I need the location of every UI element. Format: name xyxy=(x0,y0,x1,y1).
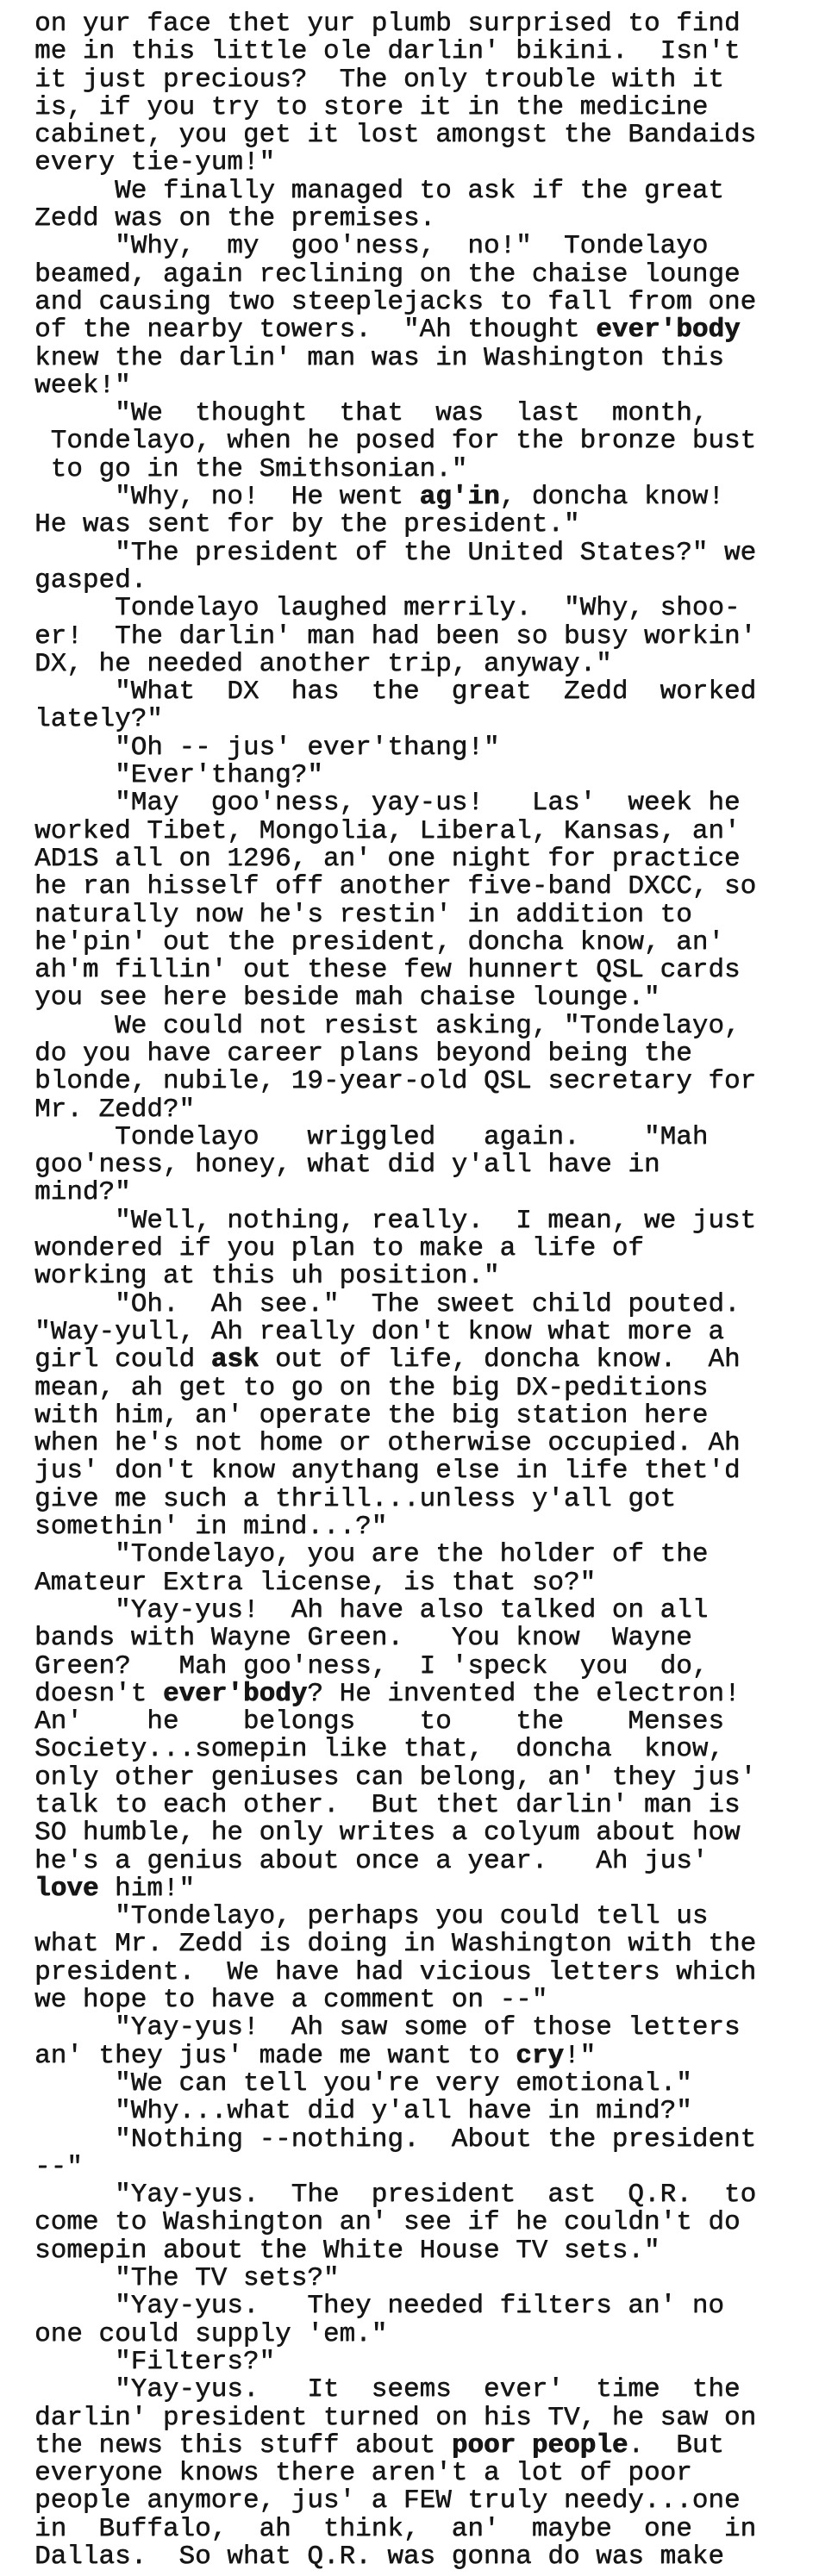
text-line: ah'm fillin' out these few hunnert QSL c… xyxy=(34,957,802,984)
text-line: somethin' in mind...?" xyxy=(34,1513,802,1541)
text-line: somepin about the White House TV sets." xyxy=(34,2237,802,2265)
emphasized-text: poor people xyxy=(452,2430,628,2461)
text-segment: --" xyxy=(34,2152,83,2182)
text-segment: president. We have had vicious letters w… xyxy=(34,1957,756,1987)
text-segment: "Yay-yus! Ah saw some of those letters xyxy=(34,2012,741,2043)
text-segment: "Way-yull, Ah really don't know what mor… xyxy=(34,1317,724,1347)
text-segment: an' they jus' made me want to xyxy=(34,2041,516,2071)
text-segment: "Why...what did y'all have in mind?" xyxy=(34,2096,692,2126)
text-line: in Buffalo, ah think, an' maybe one in xyxy=(34,2516,802,2543)
text-segment: every tie-yum!" xyxy=(34,147,275,178)
text-line: "Why, my goo'ness, no!" Tondelayo xyxy=(34,233,802,260)
text-line: "Why...what did y'all have in mind?" xyxy=(34,2098,802,2125)
text-segment: "Ever'thang?" xyxy=(34,760,323,790)
text-line: "We can tell you're very emotional." xyxy=(34,2070,802,2098)
text-line: to go in the Smithsonian." xyxy=(34,456,802,483)
text-line: An' he belongs to the Menses xyxy=(34,1708,802,1736)
text-line: "Tondelayo, you are the holder of the xyxy=(34,1541,802,1569)
text-segment: mind?" xyxy=(34,1177,131,1207)
text-line: "May goo'ness, yay-us! Las' week he xyxy=(34,789,802,817)
text-segment: "Yay-yus. It seems ever' time the xyxy=(34,2374,741,2404)
text-line: DX, he needed another trip, anyway." xyxy=(34,651,802,678)
text-line: We could not resist asking, "Tondelayo, xyxy=(34,1013,802,1040)
text-segment: , doncha know! xyxy=(500,482,724,512)
text-segment: "The president of the United States?" we xyxy=(34,538,756,568)
text-segment: he ran hisself off another five-band DXC… xyxy=(34,871,756,901)
text-line: "Yay-yus. They needed filters an' no xyxy=(34,2292,802,2320)
text-line: wondered if you plan to make a life of xyxy=(34,1235,802,1263)
text-segment: "Nothing --nothing. About the president xyxy=(34,2124,756,2155)
text-line: worked Tibet, Mongolia, Liberal, Kansas,… xyxy=(34,818,802,845)
text-line: "Yay-yus! Ah saw some of those letters xyxy=(34,2014,802,2042)
text-segment: you see here beside mah chaise lounge." xyxy=(34,982,660,1013)
text-segment: !" xyxy=(564,2041,596,2071)
text-line: mean, ah get to go on the big DX-peditio… xyxy=(34,1375,802,1402)
text-segment: ? He invented the electron! xyxy=(307,1679,740,1709)
text-line: Zedd was on the premises. xyxy=(34,205,802,233)
text-segment: We finally managed to ask if the great xyxy=(34,176,724,206)
text-segment: lately?" xyxy=(34,704,163,734)
text-segment: jus' don't know anythang else in life th… xyxy=(34,1456,741,1486)
text-segment: do you have career plans beyond being th… xyxy=(34,1039,692,1069)
text-line: week!" xyxy=(34,372,802,400)
text-line: "Filters?" xyxy=(34,2348,802,2376)
text-line: mind?" xyxy=(34,1179,802,1207)
text-segment: "Why, no! He went xyxy=(34,482,419,512)
text-segment: of the nearby towers. "Ah thought xyxy=(34,315,596,345)
text-segment: "What DX has the great Zedd worked xyxy=(34,677,756,707)
text-line: when he's not home or otherwise occupied… xyxy=(34,1430,802,1457)
text-line: is, if you try to store it in the medici… xyxy=(34,94,802,122)
text-segment: ah'm fillin' out these few hunnert QSL c… xyxy=(34,955,741,985)
text-line: "Tondelayo, perhaps you could tell us xyxy=(34,1903,802,1930)
text-segment: "Oh. Ah see." The sweet child pouted. xyxy=(34,1289,741,1319)
text-segment: and causing two steeplejacks to fall fro… xyxy=(34,287,756,317)
text-segment: "Yay-yus. The president ast Q.R. to xyxy=(34,2180,756,2210)
text-line: goo'ness, honey, what did y'all have in xyxy=(34,1151,802,1179)
text-segment: He was sent for by the president." xyxy=(34,509,580,540)
text-line: Dallas. So what Q.R. was gonna do was ma… xyxy=(34,2543,802,2571)
text-segment: Tondelayo, when he posed for the bronze … xyxy=(34,426,756,456)
text-line: Mr. Zedd?" xyxy=(34,1096,802,1124)
text-line: come to Washington an' see if he couldn'… xyxy=(34,2209,802,2236)
document-page: on yur face thet yur plumb surprised to … xyxy=(0,0,819,2576)
text-segment: we hope to have a comment on --" xyxy=(34,1985,547,2015)
text-segment: it just precious? The only trouble with … xyxy=(34,65,724,95)
text-line: beamed, again reclining on the chaise lo… xyxy=(34,261,802,289)
text-segment: in Buffalo, ah think, an' maybe one in xyxy=(34,2514,756,2544)
text-segment: naturally now he's restin' in addition t… xyxy=(34,900,692,930)
text-segment: AD1S all on 1296, an' one night for prac… xyxy=(34,844,741,874)
text-line: "The president of the United States?" we xyxy=(34,540,802,567)
emphasized-text: ag'in xyxy=(419,482,499,512)
text-line: you see here beside mah chaise lounge." xyxy=(34,984,802,1012)
text-line: people anymore, jus' a FEW truly needy..… xyxy=(34,2487,802,2515)
text-line: cabinet, you get it lost amongst the Ban… xyxy=(34,122,802,149)
text-line: what Mr. Zedd is doing in Washington wit… xyxy=(34,1930,802,1958)
text-line: girl could ask out of life, doncha know.… xyxy=(34,1346,802,1374)
text-line: and causing two steeplejacks to fall fro… xyxy=(34,289,802,316)
text-segment: er! The darlin' man had been so busy wor… xyxy=(34,621,756,652)
text-line: Tondelayo, when he posed for the bronze … xyxy=(34,427,802,455)
text-line: --" xyxy=(34,2154,802,2181)
text-segment: with him, an' operate the big station he… xyxy=(34,1400,708,1431)
text-segment: give me such a thrill...unless y'all got xyxy=(34,1484,676,1514)
text-segment: Amateur Extra license, is that so?" xyxy=(34,1568,596,1598)
text-segment: Tondelayo wriggled again. "Mah xyxy=(34,1122,708,1152)
text-line: naturally now he's restin' in addition t… xyxy=(34,901,802,929)
text-segment: Mr. Zedd?" xyxy=(34,1095,195,1125)
text-segment: only other geniuses can belong, an' they… xyxy=(34,1762,756,1793)
text-segment: to go in the Smithsonian." xyxy=(34,454,467,484)
text-line: "Yay-yus. It seems ever' time the xyxy=(34,2376,802,2404)
text-segment: bands with Wayne Green. You know Wayne xyxy=(34,1623,692,1653)
text-line: the news this stuff about poor people. B… xyxy=(34,2432,802,2460)
text-segment: goo'ness, honey, what did y'all have in xyxy=(34,1150,660,1180)
text-segment: me in this little ole darlin' bikini. Is… xyxy=(34,36,741,66)
text-line: knew the darlin' man was in Washington t… xyxy=(34,345,802,372)
text-segment: "We thought that was last month, xyxy=(34,398,708,428)
text-line: Tondelayo wriggled again. "Mah xyxy=(34,1124,802,1151)
text-segment: girl could xyxy=(34,1344,211,1375)
text-segment: knew the darlin' man was in Washington t… xyxy=(34,343,724,373)
text-segment: "May goo'ness, yay-us! Las' week he xyxy=(34,788,741,818)
text-line: working at this uh position." xyxy=(34,1263,802,1290)
text-line: give me such a thrill...unless y'all got xyxy=(34,1486,802,1513)
text-segment: out of life, doncha know. Ah xyxy=(259,1344,740,1375)
text-line: bands with Wayne Green. You know Wayne xyxy=(34,1625,802,1652)
text-line: we hope to have a comment on --" xyxy=(34,1987,802,2014)
text-line: lately?" xyxy=(34,706,802,733)
text-segment: come to Washington an' see if he couldn'… xyxy=(34,2207,741,2237)
text-segment: blonde, nubile, 19-year-old QSL secretar… xyxy=(34,1066,756,1096)
text-segment: "The TV sets?" xyxy=(34,2263,339,2293)
text-line: Green? Mah goo'ness, I 'speck you do, xyxy=(34,1653,802,1681)
text-segment: him!" xyxy=(98,1874,195,1904)
text-segment: gasped. xyxy=(34,565,147,596)
text-line: he's a genius about once a year. Ah jus' xyxy=(34,1848,802,1875)
emphasized-text: ever'body xyxy=(596,315,740,345)
text-line: blonde, nubile, 19-year-old QSL secretar… xyxy=(34,1068,802,1095)
text-segment: Green? Mah goo'ness, I 'speck you do, xyxy=(34,1651,708,1681)
text-line: SO humble, he only writes a colyum about… xyxy=(34,1819,802,1847)
text-segment: talk to each other. But thet darlin' man… xyxy=(34,1790,741,1820)
text-segment: "We can tell you're very emotional." xyxy=(34,2068,692,2099)
emphasized-text: cry xyxy=(516,2041,564,2071)
text-segment: mean, ah get to go on the big DX-peditio… xyxy=(34,1373,708,1403)
text-segment: people anymore, jus' a FEW truly needy..… xyxy=(34,2486,741,2516)
text-segment: "Yay-yus! Ah have also talked on all xyxy=(34,1595,708,1625)
text-line: love him!" xyxy=(34,1875,802,1903)
text-segment: is, if you try to store it in the medici… xyxy=(34,92,708,122)
text-segment: "Filters?" xyxy=(34,2347,275,2377)
text-segment: wondered if you plan to make a life of xyxy=(34,1233,644,1263)
text-segment: Society...somepin like that, doncha know… xyxy=(34,1734,724,1764)
text-segment: "Tondelayo, you are the holder of the xyxy=(34,1539,708,1569)
text-line: "Well, nothing, really. I mean, we just xyxy=(34,1207,802,1235)
text-line: doesn't ever'body? He invented the elect… xyxy=(34,1681,802,1708)
text-segment: what Mr. Zedd is doing in Washington wit… xyxy=(34,1929,756,1959)
text-line: We finally managed to ask if the great xyxy=(34,178,802,205)
text-line: He was sent for by the president." xyxy=(34,511,802,539)
text-line: he ran hisself off another five-band DXC… xyxy=(34,873,802,901)
text-line: "Ever'thang?" xyxy=(34,762,802,789)
text-line: gasped. xyxy=(34,567,802,595)
text-line: "Nothing --nothing. About the president xyxy=(34,2126,802,2154)
text-segment: darlin' president turned on his TV, he s… xyxy=(34,2403,756,2433)
text-line: "Yay-yus. The president ast Q.R. to xyxy=(34,2181,802,2209)
text-segment: cabinet, you get it lost amongst the Ban… xyxy=(34,120,756,150)
text-line: darlin' president turned on his TV, he s… xyxy=(34,2404,802,2432)
text-segment: "Yay-yus. They needed filters an' no xyxy=(34,2291,724,2321)
text-line: talk to each other. But thet darlin' man… xyxy=(34,1792,802,1819)
text-line: only other geniuses can belong, an' they… xyxy=(34,1764,802,1792)
text-segment: "Why, my goo'ness, no!" Tondelayo xyxy=(34,231,708,261)
text-segment: he'pin' out the president, doncha know, … xyxy=(34,927,724,957)
text-segment: working at this uh position." xyxy=(34,1261,500,1291)
text-segment: "Oh -- jus' ever'thang!" xyxy=(34,733,500,763)
text-segment: An' he belongs to the Menses xyxy=(34,1706,724,1737)
text-line: "What DX has the great Zedd worked xyxy=(34,678,802,706)
text-segment: on yur face thet yur plumb surprised to … xyxy=(34,9,741,39)
document-text: on yur face thet yur plumb surprised to … xyxy=(34,10,802,2571)
text-line: one could supply 'em." xyxy=(34,2321,802,2348)
text-line: Amateur Extra license, is that so?" xyxy=(34,1569,802,1597)
text-line: an' they jus' made me want to cry!" xyxy=(34,2043,802,2070)
text-line: AD1S all on 1296, an' one night for prac… xyxy=(34,845,802,873)
text-segment: We could not resist asking, "Tondelayo, xyxy=(34,1011,741,1041)
text-segment: he's a genius about once a year. Ah jus' xyxy=(34,1846,708,1876)
text-segment: DX, he needed another trip, anyway." xyxy=(34,649,612,679)
text-segment: everyone knows there aren't a lot of poo… xyxy=(34,2458,692,2488)
text-line: every tie-yum!" xyxy=(34,149,802,177)
emphasized-text: ask xyxy=(211,1344,259,1375)
text-line: it just precious? The only trouble with … xyxy=(34,66,802,94)
emphasized-text: love xyxy=(34,1874,98,1904)
text-line: "We thought that was last month, xyxy=(34,400,802,427)
text-line: Society...somepin like that, doncha know… xyxy=(34,1736,802,1763)
text-segment: Dallas. So what Q.R. was gonna do was ma… xyxy=(34,2542,724,2572)
text-line: jus' don't know anythang else in life th… xyxy=(34,1457,802,1485)
text-line: "Oh. Ah see." The sweet child pouted. xyxy=(34,1291,802,1319)
text-segment: "Tondelayo, perhaps you could tell us xyxy=(34,1901,708,1931)
text-line: me in this little ole darlin' bikini. Is… xyxy=(34,38,802,65)
text-segment: "Well, nothing, really. I mean, we just xyxy=(34,1206,756,1236)
text-segment: somepin about the White House TV sets." xyxy=(34,2236,660,2266)
text-line: president. We have had vicious letters w… xyxy=(34,1959,802,1987)
text-line: "The TV sets?" xyxy=(34,2265,802,2292)
text-segment: somethin' in mind...?" xyxy=(34,1512,387,1542)
text-line: "Oh -- jus' ever'thang!" xyxy=(34,734,802,762)
text-segment: . But xyxy=(628,2430,724,2461)
text-line: Tondelayo laughed merrily. "Why, shoo- xyxy=(34,595,802,622)
text-segment: the news this stuff about xyxy=(34,2430,452,2461)
text-line: "Why, no! He went ag'in, doncha know! xyxy=(34,483,802,511)
text-segment: Tondelayo laughed merrily. "Why, shoo- xyxy=(34,593,741,623)
text-line: with him, an' operate the big station he… xyxy=(34,1402,802,1430)
text-segment: worked Tibet, Mongolia, Liberal, Kansas,… xyxy=(34,816,741,846)
text-line: everyone knows there aren't a lot of poo… xyxy=(34,2460,802,2487)
text-line: "Yay-yus! Ah have also talked on all xyxy=(34,1597,802,1625)
text-line: do you have career plans beyond being th… xyxy=(34,1040,802,1068)
text-segment: doesn't xyxy=(34,1679,163,1709)
emphasized-text: ever'body xyxy=(163,1679,307,1709)
text-line: er! The darlin' man had been so busy wor… xyxy=(34,623,802,651)
text-line: on yur face thet yur plumb surprised to … xyxy=(34,10,802,38)
text-line: of the nearby towers. "Ah thought ever'b… xyxy=(34,316,802,344)
text-line: he'pin' out the president, doncha know, … xyxy=(34,929,802,957)
text-segment: when he's not home or otherwise occupied… xyxy=(34,1428,741,1458)
text-segment: Zedd was on the premises. xyxy=(34,203,435,234)
text-segment: week!" xyxy=(34,371,131,401)
text-segment: SO humble, he only writes a colyum about… xyxy=(34,1818,741,1848)
text-segment: beamed, again reclining on the chaise lo… xyxy=(34,259,741,290)
text-segment: one could supply 'em." xyxy=(34,2319,387,2349)
text-line: "Way-yull, Ah really don't know what mor… xyxy=(34,1319,802,1346)
